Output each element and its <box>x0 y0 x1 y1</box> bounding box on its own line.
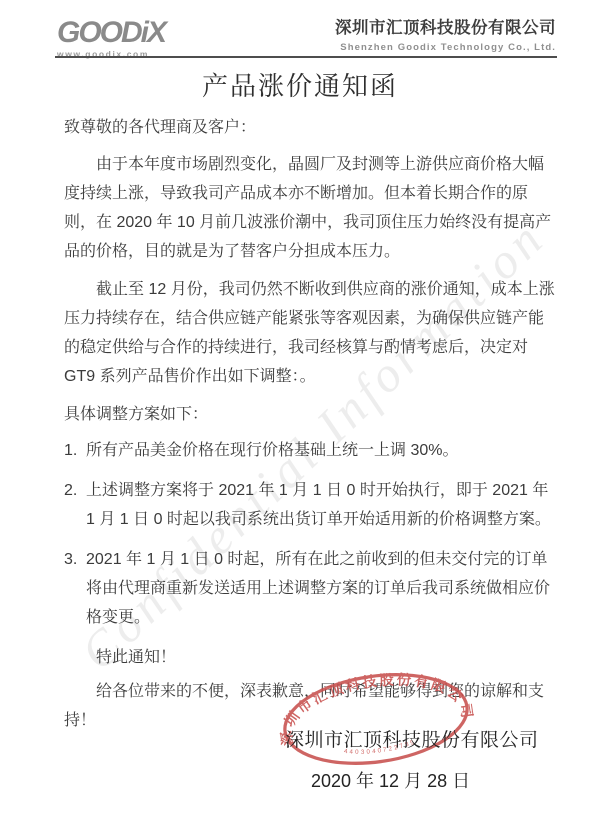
paragraph-1: 由于本年度市场剧烈变化，晶圆厂及封测等上游供应商价格大幅度持续上涨，导致我司产品… <box>64 150 556 266</box>
letterhead-company-block: 深圳市汇顶科技股份有限公司 Shenzhen Goodix Technology… <box>335 18 556 54</box>
list-item: 3. 2021 年 1 月 1 日 0 时起，所有在此之前收到的但未交付完的订单… <box>64 545 556 632</box>
list-item: 1. 所有产品美金价格在现行价格基础上统一上调 30%。 <box>64 436 556 465</box>
adjustment-list: 1. 所有产品美金价格在现行价格基础上统一上调 30%。 2. 上述调整方案将于… <box>64 436 556 632</box>
letterhead-divider <box>55 56 557 58</box>
paragraph-2: 截止至 12 月份，我司仍然不断收到供应商的涨价通知，成本上涨压力持续存在，结合… <box>64 275 556 391</box>
goodix-logo: GOODiX www.goodix.com <box>57 18 165 59</box>
signature-company-name: 深圳市汇顶科技股份有限公司 <box>285 725 539 752</box>
signature-date: 2020 年 12 月 28 日 <box>311 767 470 793</box>
list-item-text: 上述调整方案将于 2021 年 1 月 1 日 0 时开始执行，即于 2021 … <box>86 476 556 534</box>
list-item-number: 1. <box>64 436 86 465</box>
list-item-number: 3. <box>64 545 86 632</box>
plan-intro: 具体调整方案如下： <box>64 400 556 429</box>
list-item-number: 2. <box>64 476 86 534</box>
list-item-text: 所有产品美金价格在现行价格基础上统一上调 30%。 <box>86 436 556 465</box>
signature-block: 深圳市汇顶科技股份有限公司 4403040722785 深圳市汇顶科技股份有限公… <box>0 663 600 813</box>
company-name-chinese: 深圳市汇顶科技股份有限公司 <box>335 18 556 39</box>
letterhead: GOODiX www.goodix.com 深圳市汇顶科技股份有限公司 Shen… <box>57 18 556 59</box>
goodix-logo-text: GOODiX <box>57 18 165 48</box>
page-title: 产品涨价通知函 <box>0 66 600 103</box>
company-name-english: Shenzhen Goodix Technology Co., Ltd. <box>335 42 556 54</box>
list-item-text: 2021 年 1 月 1 日 0 时起，所有在此之前收到的但未交付完的订单将由代… <box>86 545 556 632</box>
salutation: 致尊敬的各代理商及客户： <box>64 113 556 142</box>
company-seal-stamp: 深圳市汇顶科技股份有限公司 4403040722785 <box>274 668 478 770</box>
list-item: 2. 上述调整方案将于 2021 年 1 月 1 日 0 时开始执行，即于 20… <box>64 476 556 534</box>
document-page: Confidential Information GOODiX www.good… <box>0 0 600 813</box>
letter-body: 致尊敬的各代理商及客户： 由于本年度市场剧烈变化，晶圆厂及封测等上游供应商价格大… <box>64 113 556 735</box>
